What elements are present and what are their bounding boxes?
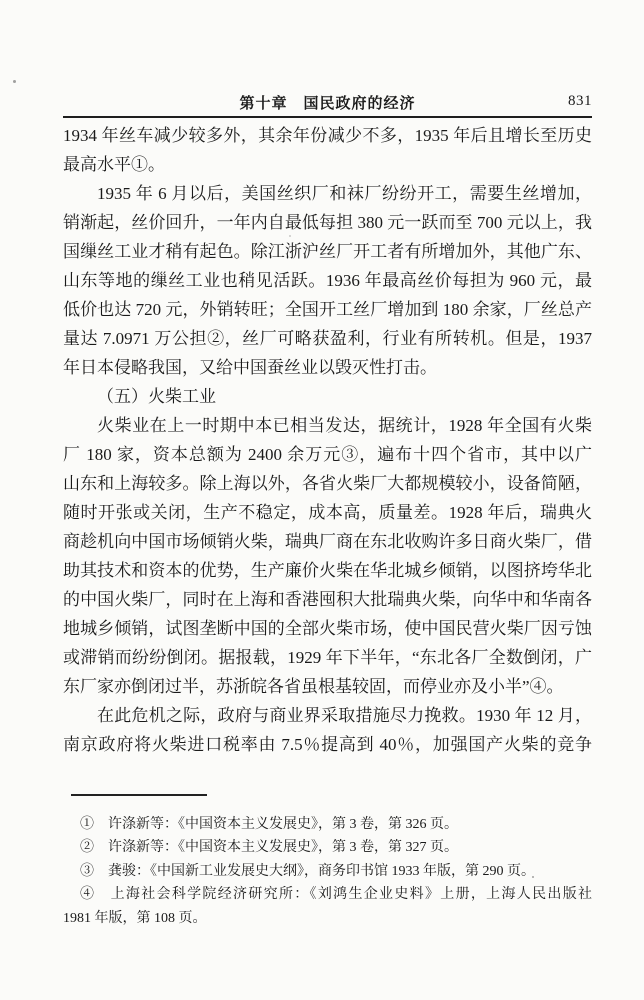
body-line: 最高水平①。 bbox=[63, 150, 592, 179]
body-line: 商趁机向中国市场倾销火柴，瑞典厂商在东北收购许多日商火柴厂，借 bbox=[63, 527, 592, 556]
body-line: 助其技术和资本的优势，生产廉价火柴在华北城乡倾销，以图挤垮华北 bbox=[63, 556, 592, 585]
body-line: 随时开张或关闭，生产不稳定，成本高，质量差。1928 年后，瑞典火柴 bbox=[63, 498, 592, 527]
body-line: 国缫丝工业才稍有起色。除江浙沪丝厂开工者有所增加外，其他广东、 bbox=[63, 237, 592, 266]
footnote-line: ① 许涤新等：《中国资本主义发展史》，第 3 卷，第 326 页。 bbox=[63, 813, 592, 836]
body-line: 东厂家亦倒闭过半，苏浙皖各省虽根基较固，而停业亦及小半”④。 bbox=[63, 672, 592, 701]
footnote-line: ③ 龚骏：《中国新工业发展史大纲》，商务印书馆 1933 年版，第 290 页。 bbox=[63, 860, 592, 883]
scan-speck bbox=[289, 235, 291, 237]
header-rule bbox=[63, 116, 592, 118]
running-header: 第十章 国民政府的经济 831 bbox=[63, 92, 592, 114]
book-page: 第十章 国民政府的经济 831 1934 年丝车减少较多外，其余年份减少不多，1… bbox=[0, 0, 644, 1000]
body-line: 在此危机之际，政府与商业界采取措施尽力挽救。1930 年 12 月， bbox=[63, 701, 592, 730]
chapter-title: 第十章 国民政府的经济 bbox=[63, 92, 592, 113]
body-line: 山东等地的缫丝工业也稍见活跃。1936 年最高丝价每担为 960 元，最 bbox=[63, 266, 592, 295]
body-text: 1934 年丝车减少较多外，其余年份减少不多，1935 年后且增长至历史最高水平… bbox=[63, 121, 592, 759]
body-line: 1934 年丝车减少较多外，其余年份减少不多，1935 年后且增长至历史 bbox=[63, 121, 592, 150]
body-line: 地城乡倾销，试图垄断中国的全部火柴市场，使中国民营火柴厂因亏蚀 bbox=[63, 614, 592, 643]
scan-speck bbox=[532, 876, 534, 878]
body-line: 的中国火柴厂，同时在上海和香港囤积大批瑞典火柴，向华中和华南各 bbox=[63, 585, 592, 614]
body-line: 火柴业在上一时期中本已相当发达，据统计，1928 年全国有火柴 bbox=[63, 411, 592, 440]
page-number: 831 bbox=[568, 93, 592, 110]
footnote-line: ② 许涤新等：《中国资本主义发展史》，第 3 卷，第 327 页。 bbox=[63, 836, 592, 859]
footnote-line: 1981 年版，第 108 页。 bbox=[63, 907, 592, 930]
footnotes: ① 许涤新等：《中国资本主义发展史》，第 3 卷，第 326 页。② 许涤新等：… bbox=[63, 813, 592, 930]
body-line: 销渐起，丝价回升，一年内自最低每担 380 元一跃而至 700 元以上，我 bbox=[63, 208, 592, 237]
body-line: 或滞销而纷纷倒闭。据报载，1929 年下半年，“东北各厂全数倒闭，广 bbox=[63, 643, 592, 672]
footnote-separator bbox=[71, 794, 207, 796]
scan-speck bbox=[13, 80, 16, 83]
footnote-line: ④ 上海社会科学院经济研究所：《刘鸿生企业史料》上册，上海人民出版社 bbox=[63, 883, 592, 906]
body-line: 1935 年 6 月以后，美国丝织厂和袜厂纷纷开工，需要生丝增加，丝 bbox=[63, 179, 592, 208]
body-line: 厂 180 家，资本总额为 2400 余万元③，遍布十四个省市，其中以广东、 bbox=[63, 440, 592, 469]
body-line: 南京政府将火柴进口税率由 7.5％提高到 40％，加强国产火柴的竞争 bbox=[63, 730, 592, 759]
body-line: 山东和上海较多。除上海以外，各省火柴厂大都规模较小，设备简陋， bbox=[63, 469, 592, 498]
body-line: （五）火柴工业 bbox=[63, 382, 592, 411]
body-line: 年日本侵略我国，又给中国蚕丝业以毁灭性打击。 bbox=[63, 353, 592, 382]
body-line: 量达 7.0971 万公担②，丝厂可略获盈利，行业有所转机。但是，1937 bbox=[63, 324, 592, 353]
body-line: 低价也达 720 元，外销转旺；全国开工丝厂增加到 180 余家，厂丝总产 bbox=[63, 295, 592, 324]
